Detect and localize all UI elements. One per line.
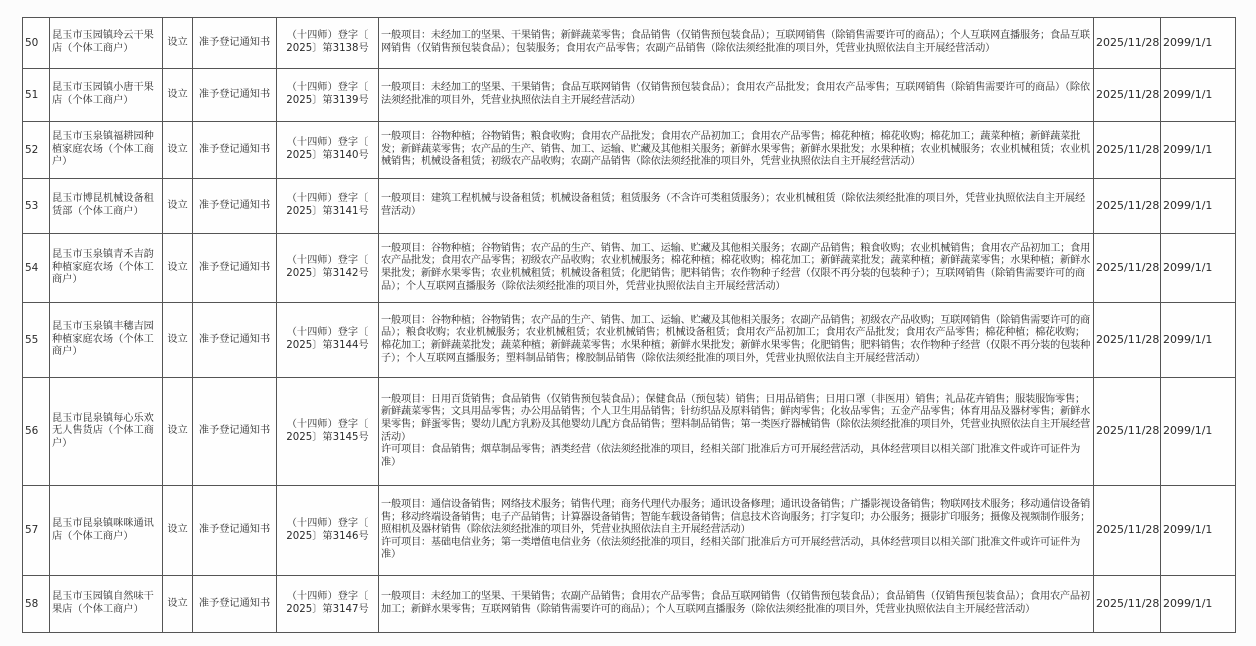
valid-to-date: 2099/1/1: [1161, 234, 1236, 303]
valid-from-date: 2025/11/28: [1094, 18, 1161, 69]
document-number-line2: 2025〕第3144号: [279, 340, 376, 353]
valid-to-date: 2099/1/1: [1161, 69, 1236, 122]
business-scope: 一般项目：谷物种植；谷物销售；粮食收购；食用农产品批发；食用农产品初加工；食用农…: [379, 122, 1094, 179]
document-number: （十四师）登字〔 2025〕第3145号: [277, 378, 379, 486]
registration-table: 50 昆玉市玉园镇玲云干果店（个体工商户） 设立 准予登记通知书 （十四师）登字…: [22, 17, 1236, 633]
business-scope: 一般项目：通信设备销售；网络技术服务；销售代理；商务代理代办服务；通讯设备修理；…: [379, 486, 1094, 576]
document-number: （十四师）登字〔 2025〕第3138号: [277, 18, 379, 69]
document-number-line1: （十四师）登字〔: [279, 193, 376, 206]
document-number-line2: 2025〕第3145号: [279, 432, 376, 445]
document-type: 准予登记通知书: [193, 486, 277, 576]
scope-general: 一般项目：谷物种植；谷物销售；农产品的生产、销售、加工、运输、贮藏及其他相关服务…: [381, 315, 1092, 365]
valid-to-date: 2099/1/1: [1161, 18, 1236, 69]
valid-to-date: 2099/1/1: [1161, 179, 1236, 234]
document-number-line1: （十四师）登字〔: [279, 419, 376, 432]
table-row: 57 昆玉市昆泉镇咪咪通讯店（个体工商户） 设立 准予登记通知书 （十四师）登字…: [23, 486, 1236, 576]
row-number: 58: [23, 576, 50, 633]
document-type: 准予登记通知书: [193, 303, 277, 378]
scope-general: 一般项目：未经加工的坚果、干果销售；新鲜蔬菜零售；食品销售（仅销售预包装食品）；…: [381, 30, 1092, 55]
registration-type: 设立: [163, 69, 193, 122]
scope-general: 一般项目：通信设备销售；网络技术服务；销售代理；商务代理代办服务；通讯设备修理；…: [381, 499, 1092, 537]
business-scope: 一般项目：谷物种植；谷物销售；农产品的生产、销售、加工、运输、贮藏及其他相关服务…: [379, 234, 1094, 303]
registration-type: 设立: [163, 179, 193, 234]
table-row: 55 昆玉市玉泉镇丰穗吉园种植家庭农场（个体工商户） 设立 准予登记通知书 （十…: [23, 303, 1236, 378]
document-number-line1: （十四师）登字〔: [279, 327, 376, 340]
table-row: 54 昆玉市玉泉镇青禾吉韵种植家庭农场（个体工商户） 设立 准予登记通知书 （十…: [23, 234, 1236, 303]
table-row: 53 昆玉市博昆机械设备租赁部（个体工商户） 设立 准予登记通知书 （十四师）登…: [23, 179, 1236, 234]
row-number: 54: [23, 234, 50, 303]
document-number-line1: （十四师）登字〔: [279, 591, 376, 604]
registration-type: 设立: [163, 122, 193, 179]
document-number-line2: 2025〕第3146号: [279, 531, 376, 544]
registration-type: 设立: [163, 18, 193, 69]
document-type: 准予登记通知书: [193, 378, 277, 486]
scope-general: 一般项目：日用百货销售；食品销售（仅销售预包装食品）；保健食品（预包装）销售；日…: [381, 394, 1092, 444]
scope-general: 一般项目：未经加工的坚果、干果销售；农副产品销售；食用农产品零售；食品互联网销售…: [381, 591, 1092, 616]
document-type: 准予登记通知书: [193, 179, 277, 234]
row-number: 56: [23, 378, 50, 486]
valid-to-date: 2099/1/1: [1161, 486, 1236, 576]
registration-type: 设立: [163, 486, 193, 576]
business-scope: 一般项目：未经加工的坚果、干果销售；食品互联网销售（仅销售预包装食品）；食用农产…: [379, 69, 1094, 122]
document-number-line2: 2025〕第3138号: [279, 43, 376, 56]
valid-from-date: 2025/11/28: [1094, 122, 1161, 179]
valid-from-date: 2025/11/28: [1094, 486, 1161, 576]
valid-from-date: 2025/11/28: [1094, 576, 1161, 633]
table-row: 56 昆玉市昆泉镇每心乐欢无人售货店（个体工商户） 设立 准予登记通知书 （十四…: [23, 378, 1236, 486]
row-number: 53: [23, 179, 50, 234]
table-row: 58 昆玉市玉园镇自然味干果店（个体工商户） 设立 准予登记通知书 （十四师）登…: [23, 576, 1236, 633]
document-number: （十四师）登字〔 2025〕第3146号: [277, 486, 379, 576]
business-scope: 一般项目：谷物种植；谷物销售；农产品的生产、销售、加工、运输、贮藏及其他相关服务…: [379, 303, 1094, 378]
row-number: 50: [23, 18, 50, 69]
business-name: 昆玉市昆泉镇咪咪通讯店（个体工商户）: [50, 486, 163, 576]
document-number: （十四师）登字〔 2025〕第3140号: [277, 122, 379, 179]
row-number: 55: [23, 303, 50, 378]
valid-to-date: 2099/1/1: [1161, 122, 1236, 179]
document-number-line1: （十四师）登字〔: [279, 30, 376, 43]
business-name: 昆玉市玉泉镇福耕园种植家庭农场（个体工商户）: [50, 122, 163, 179]
document-number-line1: （十四师）登字〔: [279, 82, 376, 95]
scope-general: 一般项目：谷物种植；谷物销售；粮食收购；食用农产品批发；食用农产品初加工；食用农…: [381, 131, 1092, 169]
registration-type: 设立: [163, 234, 193, 303]
table-row: 51 昆玉市玉园镇小唐干果店（个体工商户） 设立 准予登记通知书 （十四师）登字…: [23, 69, 1236, 122]
document-type: 准予登记通知书: [193, 234, 277, 303]
document-number: （十四师）登字〔 2025〕第3144号: [277, 303, 379, 378]
valid-to-date: 2099/1/1: [1161, 303, 1236, 378]
document-number-line2: 2025〕第3139号: [279, 95, 376, 108]
valid-from-date: 2025/11/28: [1094, 303, 1161, 378]
document-number-line2: 2025〕第3141号: [279, 206, 376, 219]
business-name: 昆玉市玉园镇玲云干果店（个体工商户）: [50, 18, 163, 69]
scope-permit: 许可项目：基础电信业务；第一类增值电信业务（依法须经批准的项目，经相关部门批准后…: [381, 537, 1092, 562]
row-number: 52: [23, 122, 50, 179]
document-type: 准予登记通知书: [193, 18, 277, 69]
document-number-line1: （十四师）登字〔: [279, 255, 376, 268]
registration-type: 设立: [163, 378, 193, 486]
table-row: 50 昆玉市玉园镇玲云干果店（个体工商户） 设立 准予登记通知书 （十四师）登字…: [23, 18, 1236, 69]
business-name: 昆玉市博昆机械设备租赁部（个体工商户）: [50, 179, 163, 234]
row-number: 51: [23, 69, 50, 122]
document-number-line2: 2025〕第3140号: [279, 150, 376, 163]
document-number: （十四师）登字〔 2025〕第3141号: [277, 179, 379, 234]
valid-to-date: 2099/1/1: [1161, 576, 1236, 633]
business-scope: 一般项目：未经加工的坚果、干果销售；农副产品销售；食用农产品零售；食品互联网销售…: [379, 576, 1094, 633]
business-scope: 一般项目：日用百货销售；食品销售（仅销售预包装食品）；保健食品（预包装）销售；日…: [379, 378, 1094, 486]
document-type: 准予登记通知书: [193, 69, 277, 122]
document-number-line2: 2025〕第3147号: [279, 604, 376, 617]
document-number: （十四师）登字〔 2025〕第3139号: [277, 69, 379, 122]
document-type: 准予登记通知书: [193, 122, 277, 179]
registration-type: 设立: [163, 303, 193, 378]
row-number: 57: [23, 486, 50, 576]
business-scope: 一般项目：建筑工程机械与设备租赁；机械设备租赁；租赁服务（不含许可类租赁服务）；…: [379, 179, 1094, 234]
business-name: 昆玉市昆泉镇每心乐欢无人售货店（个体工商户）: [50, 378, 163, 486]
valid-from-date: 2025/11/28: [1094, 378, 1161, 486]
valid-from-date: 2025/11/28: [1094, 234, 1161, 303]
business-name: 昆玉市玉泉镇青禾吉韵种植家庭农场（个体工商户）: [50, 234, 163, 303]
scope-general: 一般项目：谷物种植；谷物销售；农产品的生产、销售、加工、运输、贮藏及其他相关服务…: [381, 243, 1092, 293]
business-name: 昆玉市玉园镇自然味干果店（个体工商户）: [50, 576, 163, 633]
document-type: 准予登记通知书: [193, 576, 277, 633]
business-name: 昆玉市玉园镇小唐干果店（个体工商户）: [50, 69, 163, 122]
document-number-line1: （十四师）登字〔: [279, 137, 376, 150]
table-row: 52 昆玉市玉泉镇福耕园种植家庭农场（个体工商户） 设立 准予登记通知书 （十四…: [23, 122, 1236, 179]
business-name: 昆玉市玉泉镇丰穗吉园种植家庭农场（个体工商户）: [50, 303, 163, 378]
document-number: （十四师）登字〔 2025〕第3142号: [277, 234, 379, 303]
document-number-line1: （十四师）登字〔: [279, 518, 376, 531]
scope-general: 一般项目：建筑工程机械与设备租赁；机械设备租赁；租赁服务（不含许可类租赁服务）；…: [381, 193, 1092, 218]
document-number: （十四师）登字〔 2025〕第3147号: [277, 576, 379, 633]
valid-to-date: 2099/1/1: [1161, 378, 1236, 486]
scope-permit: 许可项目：食品销售；烟草制品零售；酒类经营（依法须经批准的项目，经相关部门批准后…: [381, 444, 1092, 469]
document-number-line2: 2025〕第3142号: [279, 268, 376, 281]
business-scope: 一般项目：未经加工的坚果、干果销售；新鲜蔬菜零售；食品销售（仅销售预包装食品）；…: [379, 18, 1094, 69]
scope-general: 一般项目：未经加工的坚果、干果销售；食品互联网销售（仅销售预包装食品）；食用农产…: [381, 82, 1092, 107]
registration-type: 设立: [163, 576, 193, 633]
valid-from-date: 2025/11/28: [1094, 179, 1161, 234]
valid-from-date: 2025/11/28: [1094, 69, 1161, 122]
